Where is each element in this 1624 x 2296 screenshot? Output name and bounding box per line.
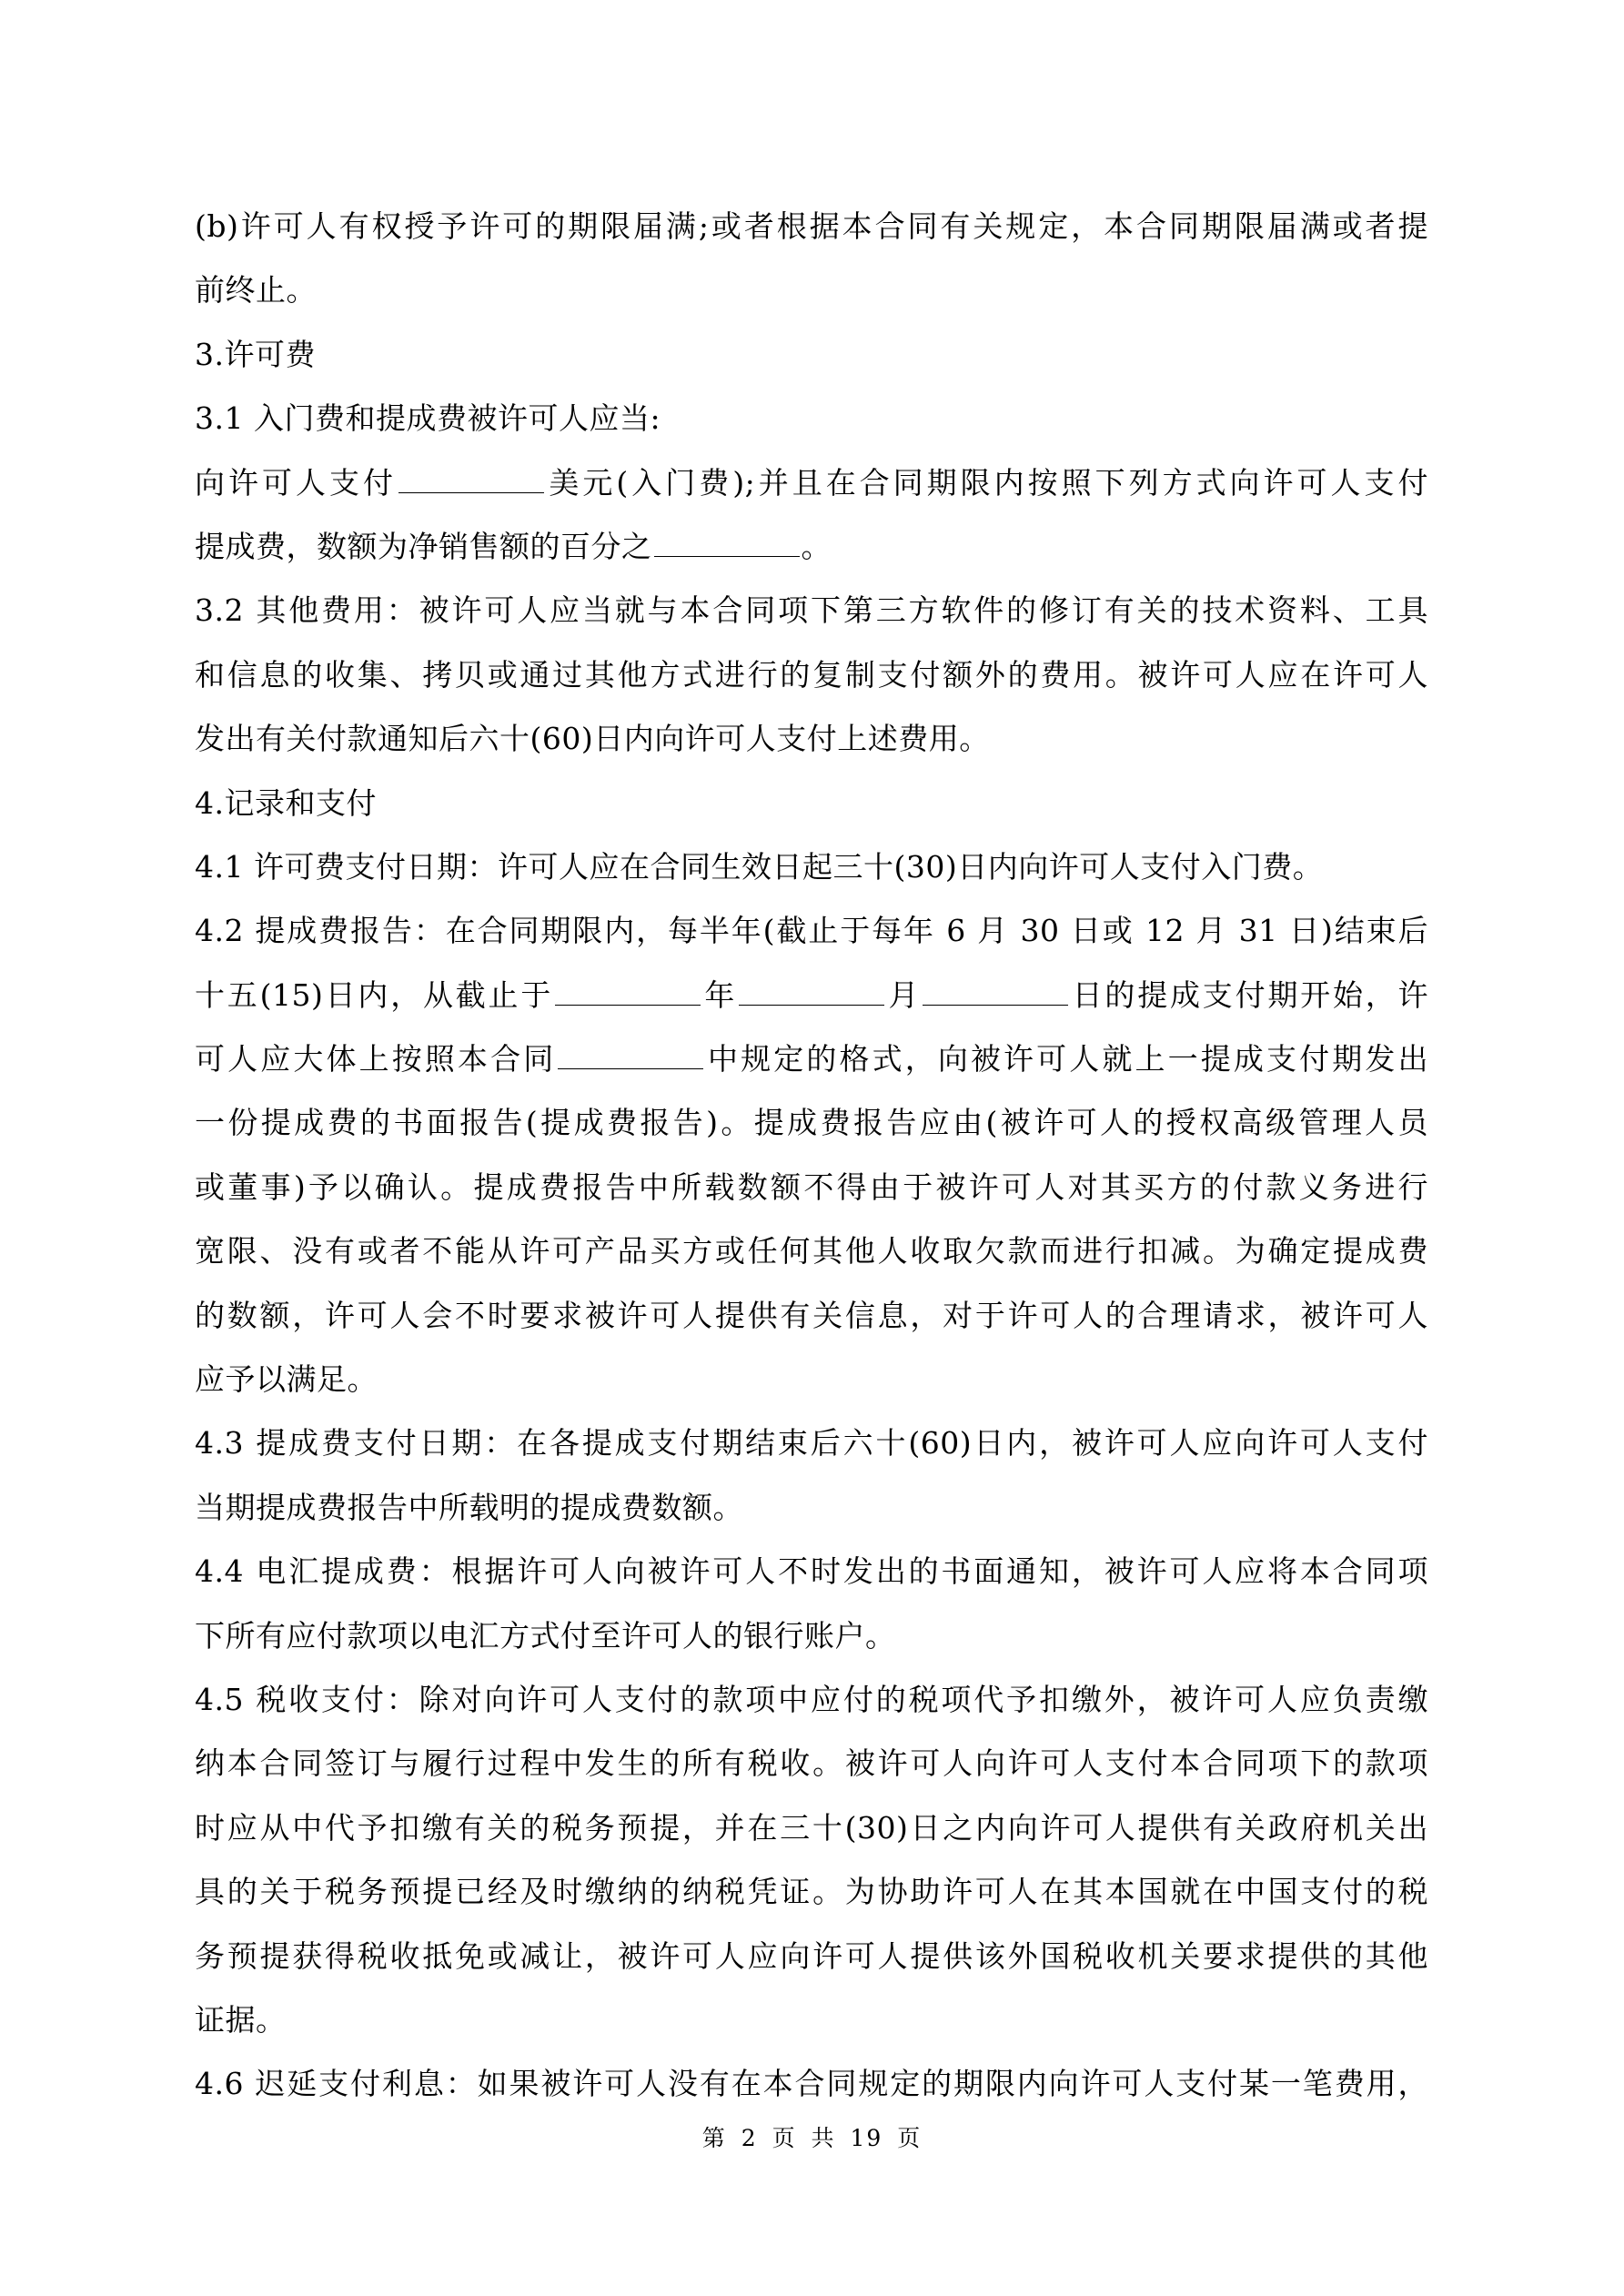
document-line: 时应从中代予扣缴有关的税务预提，并在三十(30)日之内向许可人提供有关政府机关出 bbox=[195, 1796, 1428, 1860]
document-line: 可人应大体上按照本合同中规定的格式，向被许可人就上一提成支付期发出 bbox=[195, 1027, 1428, 1091]
document-line: 3.2 其他费用：被许可人应当就与本合同项下第三方软件的修订有关的技术资料、工具 bbox=[195, 579, 1428, 642]
document-line: 4.记录和支付 bbox=[195, 772, 1428, 835]
fill-in-blank bbox=[739, 977, 884, 1006]
document-line: 或董事)予以确认。提成费报告中所载数额不得由于被许可人对其买方的付款义务进行 bbox=[195, 1156, 1428, 1219]
document-line: 纳本合同签订与履行过程中发生的所有税收。被许可人向许可人支付本合同项下的款项 bbox=[195, 1732, 1428, 1795]
document-line: 一份提成费的书面报告(提成费报告)。提成费报告应由(被许可人的授权高级管理人员 bbox=[195, 1091, 1428, 1155]
line-text-segment: 月 bbox=[886, 977, 921, 1013]
document-line: 4.5 税收支付：除对向许可人支付的款项中应付的税项代予扣缴外，被许可人应负责缴 bbox=[195, 1668, 1428, 1732]
document-line: (b)许可人有权授予许可的期限届满;或者根据本合同有关规定，本合同期限届满或者提 bbox=[195, 195, 1428, 258]
document-line: 务预提获得税收抵免或减让，被许可人应向许可人提供该外国税收机关要求提供的其他 bbox=[195, 1925, 1428, 1988]
document-line: 具的关于税务预提已经及时缴纳的纳税凭证。为协助许可人在其本国就在中国支付的税 bbox=[195, 1860, 1428, 1924]
document-line: 发出有关付款通知后六十(60)日内向许可人支付上述费用。 bbox=[195, 707, 1428, 771]
document-line: 3.许可费 bbox=[195, 323, 1428, 387]
document-line: 和信息的收集、拷贝或通过其他方式进行的复制支付额外的费用。被许可人应在许可人 bbox=[195, 643, 1428, 707]
line-text-segment: 美元(入门费);并且在合同期限内按照下列方式向许可人支付 bbox=[546, 465, 1428, 501]
document-line: 4.6 迟延支付利息：如果被许可人没有在本合同规定的期限内向许可人支付某一笔费用… bbox=[195, 2052, 1428, 2116]
document-line: 十五(15)日内，从截止于年月日的提成支付期开始，许 bbox=[195, 964, 1428, 1027]
line-text-segment: 可人应大体上按照本合同 bbox=[195, 1041, 556, 1077]
line-text-segment: 。 bbox=[802, 529, 832, 564]
document-line: 4.3 提成费支付日期：在各提成支付期结束后六十(60)日内，被许可人应向许可人… bbox=[195, 1411, 1428, 1475]
line-text-segment: 日的提成支付期开始，许 bbox=[1070, 977, 1428, 1013]
fill-in-blank bbox=[923, 977, 1068, 1006]
fill-in-blank bbox=[654, 529, 800, 557]
fill-in-blank bbox=[555, 977, 701, 1006]
document-line: 前终止。 bbox=[195, 258, 1428, 322]
document-line: 应予以满足。 bbox=[195, 1348, 1428, 1411]
line-text-segment: 年 bbox=[702, 977, 737, 1013]
page-footer: 第 2 页 共 19 页 bbox=[0, 2120, 1624, 2153]
document-page: (b)许可人有权授予许可的期限届满;或者根据本合同有关规定，本合同期限届满或者提… bbox=[0, 0, 1624, 2296]
document-line: 当期提成费报告中所载明的提成费数额。 bbox=[195, 1476, 1428, 1540]
document-body: (b)许可人有权授予许可的期限届满;或者根据本合同有关规定，本合同期限届满或者提… bbox=[195, 195, 1428, 2117]
document-line: 的数额，许可人会不时要求被许可人提供有关信息，对于许可人的合理请求，被许可人 bbox=[195, 1284, 1428, 1348]
document-line: 4.1 许可费支付日期：许可人应在合同生效日起三十(30)日内向许可人支付入门费… bbox=[195, 835, 1428, 899]
document-line: 宽限、没有或者不能从许可产品买方或任何其他人收取欠款而进行扣减。为确定提成费 bbox=[195, 1219, 1428, 1283]
document-line: 证据。 bbox=[195, 1988, 1428, 2052]
line-text-segment: 提成费，数额为净销售额的百分之 bbox=[195, 529, 652, 564]
fill-in-blank bbox=[398, 465, 544, 493]
document-line: 4.4 电汇提成费：根据许可人向被许可人不时发出的书面通知，被许可人应将本合同项 bbox=[195, 1540, 1428, 1603]
document-line: 下所有应付款项以电汇方式付至许可人的银行账户。 bbox=[195, 1604, 1428, 1668]
document-line: 提成费，数额为净销售额的百分之。 bbox=[195, 515, 1428, 579]
line-text-segment: 中规定的格式，向被许可人就上一提成支付期发出 bbox=[705, 1041, 1428, 1077]
fill-in-blank bbox=[558, 1041, 703, 1069]
line-text-segment: 十五(15)日内，从截止于 bbox=[195, 977, 553, 1013]
document-line: 3.1 入门费和提成费被许可人应当: bbox=[195, 387, 1428, 450]
line-text-segment: 向许可人支付 bbox=[195, 465, 397, 501]
document-line: 4.2 提成费报告：在合同期限内，每半年(截止于每年 6 月 30 日或 12 … bbox=[195, 899, 1428, 963]
document-line: 向许可人支付美元(入门费);并且在合同期限内按照下列方式向许可人支付 bbox=[195, 451, 1428, 515]
